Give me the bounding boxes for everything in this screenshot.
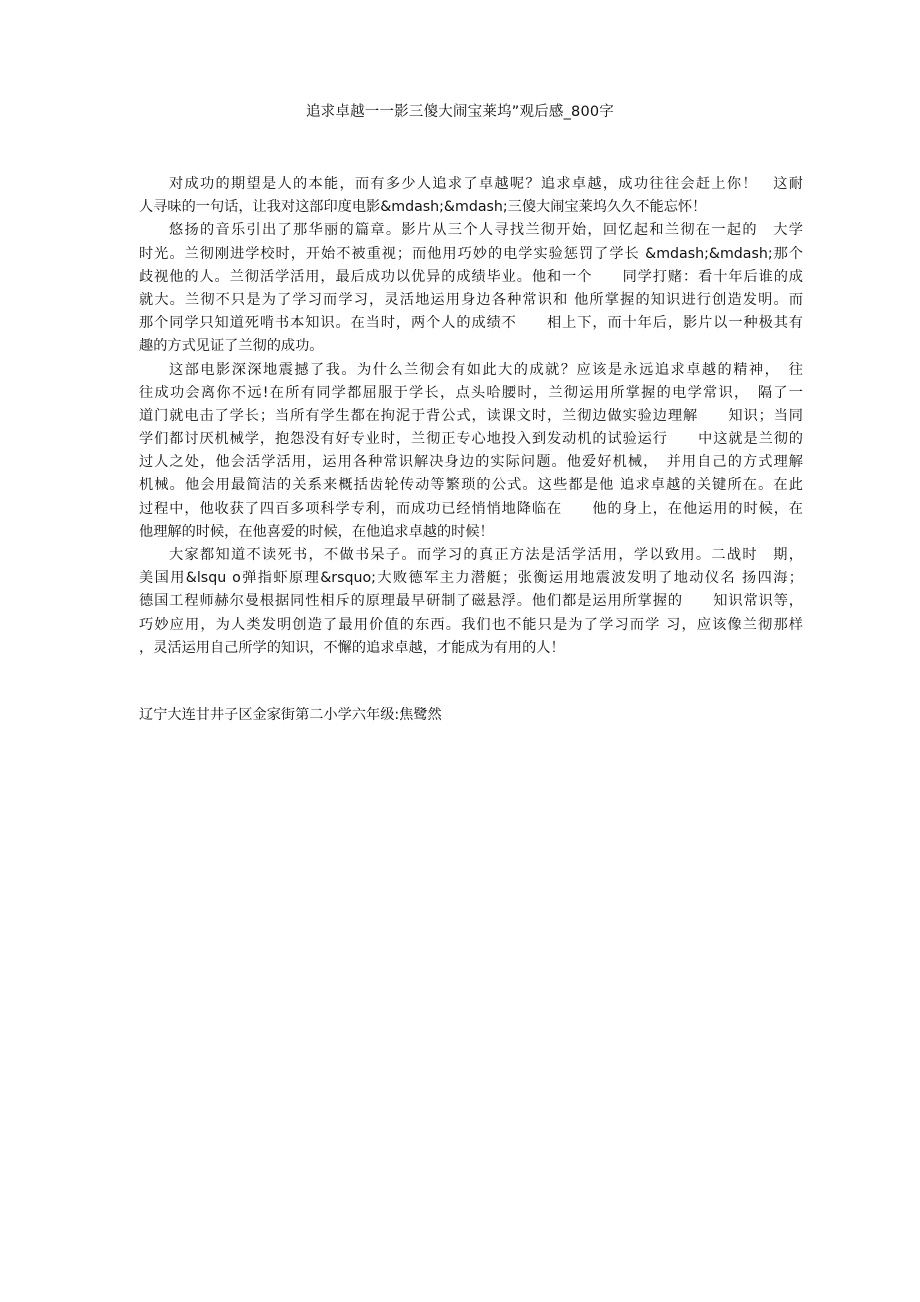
text-line: 巧妙应用，为人类发明创造了最用价值的东西。我们也不能只是为了学习而学 习，应该像…	[139, 614, 803, 637]
text-line: 歧视他的人。兰彻活学活用，最后成功以优异的成绩毕业。他和一个 同学打赌：看十年后…	[139, 266, 803, 289]
text-line: 悠扬的音乐引出了那华丽的篇章。影片从三个人寻找兰彻开始，回忆起和兰彻在一起的 大…	[139, 219, 803, 242]
text-line: 过人之处，他会活学活用，运用各种常识解决身边的实际问题。他爱好机械， 并用自己的…	[139, 451, 803, 474]
text-line: 就大。兰彻不只是为了学习而学习，灵活地运用身边各种常识和 他所掌握的知识进行创造…	[139, 289, 803, 312]
text-line: 德国工程师赫尔曼根据同性相斥的原理最早研制了磁悬浮。他们都是运用所掌握的 知识常…	[139, 590, 803, 613]
paragraph-2: 悠扬的音乐引出了那华丽的篇章。影片从三个人寻找兰彻开始，回忆起和兰彻在一起的 大…	[139, 219, 803, 358]
text-line: 道门就电击了学长；当所有学生都在拘泥于背公式，读课文时，兰彻边做实验边理解 知识…	[139, 405, 803, 428]
paragraph-3: 这部电影深深地震撼了我。为什么兰彻会有如此大的成就？应该是永远追求卓越的精神， …	[139, 359, 803, 545]
text-line: 他理解的时候，在他喜爱的时候，在他追求卓越的时候！	[139, 521, 803, 544]
text-line: 机械。他会用最简洁的关系来概括齿轮传动等繁琐的公式。这些都是他 追求卓越的关键所…	[139, 474, 803, 497]
text-line: 这部电影深深地震撼了我。为什么兰彻会有如此大的成就？应该是永远追求卓越的精神， …	[139, 359, 803, 382]
text-line: 学们都讨厌机械学，抱怨没有好专业时，兰彻正专心地投入到发动机的试验运行 中这就是…	[139, 428, 803, 451]
text-line: 趣的方式见证了兰彻的成功。	[139, 335, 803, 358]
paragraph-4: 大家都知道不读死书，不做书呆子。而学习的真正方法是活学活用，学以致用。二战时 期…	[139, 544, 803, 660]
document-title: 追求卓越一一影三傻大闹宝莱坞”观后感_800字	[0, 101, 920, 123]
text-line: 过程中，他收获了四百多项科学专利，而成功已经悄悄地降临在 他的身上，在他运用的时…	[139, 498, 803, 521]
text-line: 大家都知道不读死书，不做书呆子。而学习的真正方法是活学活用，学以致用。二战时 期…	[139, 544, 803, 567]
author-signature: 辽宁大连甘井子区金家街第二小学六年级:焦鹭然	[139, 704, 442, 726]
text-line: ，灵活运用自己所学的知识，不懈的追求卓越，才能成为有用的人！	[139, 637, 803, 660]
text-line: 人寻味的一句话，让我对这部印度电影&mdash;&mdash;三傻大闹宝莱坞久久…	[139, 196, 803, 219]
text-line: 对成功的期望是人的本能，而有多少人追求了卓越呢？追求卓越，成功往往会赶上你！ 这…	[139, 173, 803, 196]
text-line: 那个同学只知道死啃书本知识。在当时，两个人的成绩不 相上下，而十年后，影片以一种…	[139, 312, 803, 335]
document-body: 对成功的期望是人的本能，而有多少人追求了卓越呢？追求卓越，成功往往会赶上你！ 这…	[139, 173, 803, 660]
document-page: 追求卓越一一影三傻大闹宝莱坞”观后感_800字 对成功的期望是人的本能，而有多少…	[0, 0, 920, 1302]
text-line: 往成功会离你不远!在所有同学都屈服于学长，点头哈腰时，兰彻运用所掌握的电学常识，…	[139, 382, 803, 405]
text-line: 美国用&lsqu o弹指虾原理&rsquo;大败德军主力潜艇；张衡运用地震波发明…	[139, 567, 803, 590]
paragraph-1: 对成功的期望是人的本能，而有多少人追求了卓越呢？追求卓越，成功往往会赶上你！ 这…	[139, 173, 803, 219]
text-line: 时光。兰彻刚进学校时，开始不被重视；而他用巧妙的电学实验惩罚了学长 &mdash…	[139, 243, 803, 266]
